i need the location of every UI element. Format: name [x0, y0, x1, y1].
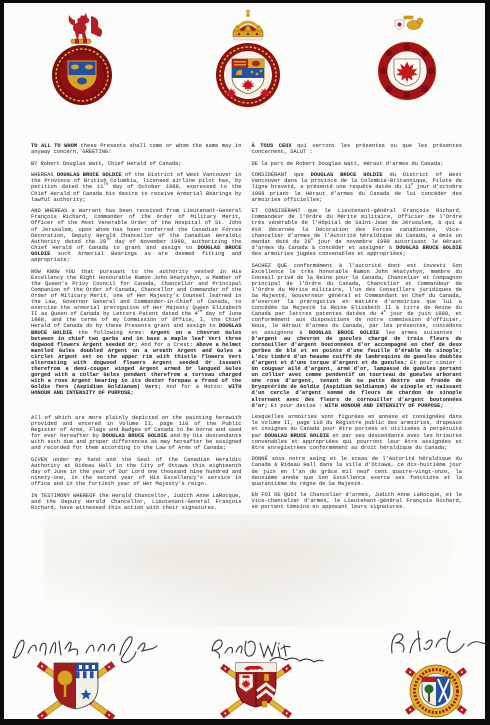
- paragraph: ET CONSIDÉRANT que le Lieutenant-général…: [252, 208, 463, 257]
- embossed-seal-impression: [44, 515, 454, 627]
- paragraph: WHEREAS DOUGLAS BRUCE GOLDIE of the Dist…: [31, 172, 242, 202]
- paragraph: CONSIDÉRANT que DOUGLAS BRUCE GOLDIE du …: [252, 172, 463, 202]
- paragraph: Lesquelles armoiries sont figurées en an…: [252, 414, 463, 451]
- letters-patent-document: TO ALL TO WHOM these Presents shall come…: [0, 0, 490, 725]
- paragraph: TO ALL TO WHOM these Presents shall come…: [31, 143, 242, 155]
- french-text-column: À TOUS CEUX qui verront les présentes ou…: [252, 143, 463, 516]
- paragraph: IN TESTIMONY WHEREOF the Herald Chancell…: [31, 493, 242, 511]
- deputy-herald-chancellor-armorial-badge-icon: [394, 651, 479, 725]
- paragraph: GIVEN under my hand and the Seal of the …: [31, 457, 242, 487]
- paragraph: NOW KNOW YOU that pursuant to the author…: [31, 269, 242, 397]
- paragraph: DE la part de Robert Douglas Watt, Hérau…: [252, 161, 463, 167]
- paragraph: EN FOI DE QUOI le Chancelier d'armes, Ju…: [252, 492, 463, 510]
- arms-of-canada-roundel-icon: [206, 7, 291, 113]
- paragraph: All of which are more plainly depicted o…: [31, 415, 242, 452]
- english-text-column: TO ALL TO WHOM these Presents shall come…: [31, 143, 242, 516]
- chief-herald-of-canada-badge-icon: [46, 9, 118, 109]
- paragraph: BY Robert Douglas Watt, Chief Herald of …: [31, 161, 242, 167]
- canadian-heraldic-authority-badge-icon: [370, 13, 445, 109]
- paragraph: À TOUS CEUX qui verront les présentes ou…: [252, 143, 463, 155]
- document-body: TO ALL TO WHOM these Presents shall come…: [31, 143, 462, 516]
- paragraph: AND WHEREAS a Warrant has been received …: [31, 208, 242, 263]
- paragraph: DONNÉ sous notre seing et le sceau de l'…: [252, 456, 463, 486]
- herald-chancellor-armorial-badge-icon: [16, 651, 136, 723]
- chief-herald-armorial-badge-icon: [206, 653, 306, 725]
- paragraph: SACHEZ QUE conformément à l'autorité don…: [252, 263, 463, 409]
